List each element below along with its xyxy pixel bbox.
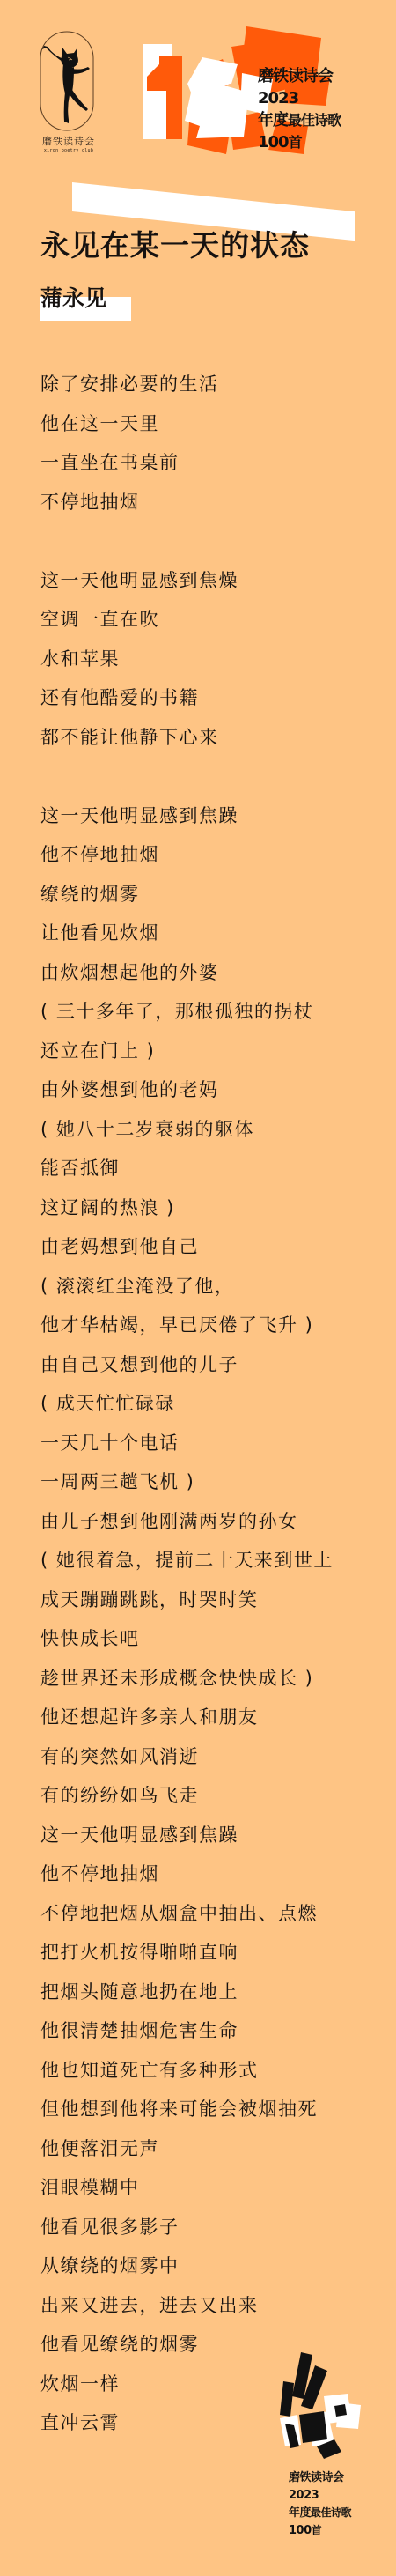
poem-line: 他不停地抽烟 xyxy=(40,835,375,875)
badge-count-number: 100 xyxy=(289,2524,312,2537)
poem-line: 从缭绕的烟雾中 xyxy=(40,2247,375,2286)
poem-line: 水和苹果 xyxy=(40,640,375,679)
poem-line: 缭绕的烟雾 xyxy=(40,875,375,914)
bottom-badge-text: 磨铁读诗会 2023 年度最佳诗歌 100首 xyxy=(289,2472,351,2543)
poem-line: 快快成长吧 xyxy=(40,1619,375,1659)
poem-line: 有的突然如风消逝 xyxy=(40,1737,375,1777)
bottom-badge: 磨铁读诗会 2023 年度最佳诗歌 100首 xyxy=(273,2348,378,2546)
badge-club-name: 磨铁读诗会 xyxy=(258,69,341,91)
badge-best-poems: 最佳诗歌 xyxy=(311,2506,351,2519)
poem-line: 由老妈想到他自己 xyxy=(40,1227,375,1267)
badge-club-name: 磨铁读诗会 xyxy=(289,2472,351,2490)
poem-line: 他不停地抽烟 xyxy=(40,1854,375,1894)
top-badge: 磨铁读诗会 2023 年度最佳诗歌 100首 xyxy=(136,22,361,163)
poem-line: 不停地抽烟 xyxy=(40,483,375,522)
poem-line: 他很清楚抽烟危害生命 xyxy=(40,2011,375,2051)
stanza-break xyxy=(40,522,375,561)
poem-line: ( 她八十二岁衰弱的躯体 xyxy=(40,1110,375,1150)
poem-line: 出来又进去，进去又出来 xyxy=(40,2286,375,2326)
poem-line: ( 三十多年了，那根孤独的拐杖 xyxy=(40,992,375,1032)
badge-year: 2023 xyxy=(258,91,341,113)
poem-line: 不停地把烟从烟盒中抽出、点燃 xyxy=(40,1894,375,1934)
100-collage-icon-black xyxy=(273,2348,378,2471)
poem-line: 一直坐在书桌前 xyxy=(40,443,375,483)
poem-line: 趁世界还未形成概念快快成长 ) xyxy=(40,1659,375,1699)
poem-line: 有的纷纷如鸟飞走 xyxy=(40,1776,375,1816)
poem-line: 泪眼模糊中 xyxy=(40,2168,375,2208)
badge-annual-best: 年度最佳诗歌 xyxy=(289,2507,351,2525)
poem-line: 但他想到他将来可能会被烟抽死 xyxy=(40,2090,375,2129)
badge-count-unit: 首 xyxy=(289,134,302,151)
poem-line: 这辽阔的热浪 ) xyxy=(40,1188,375,1228)
poem-line: 这一天他明显感到焦躁 xyxy=(40,1816,375,1855)
poem-line: 还有他酷爱的书籍 xyxy=(40,678,375,718)
badge-annual-best: 年度最佳诗歌 xyxy=(258,113,341,135)
poem-line: ( 滚滚红尘淹没了他， xyxy=(40,1267,375,1307)
poem-line: 由儿子想到他刚满两岁的孙女 xyxy=(40,1502,375,1542)
poem-line: 让他看见炊烟 xyxy=(40,914,375,953)
club-logo: 磨铁读诗会 xiron poetry club xyxy=(33,30,104,153)
poem-line: 他也知道死亡有多种形式 xyxy=(40,2051,375,2091)
poem-line: 把打火机按得啪啪直响 xyxy=(40,1933,375,1973)
poem-line: 空调一直在吹 xyxy=(40,600,375,640)
poem-line: 他还想起许多亲人和朋友 xyxy=(40,1698,375,1737)
badge-count: 100首 xyxy=(258,135,341,157)
club-name-en: xiron poetry club xyxy=(33,148,104,153)
dancing-cat-icon xyxy=(33,30,104,134)
poem-line: ( 她很着急，提前二十天来到世上 xyxy=(40,1541,375,1580)
badge-count: 100首 xyxy=(289,2525,351,2543)
poem-line: 由炊烟想起他的外婆 xyxy=(40,953,375,993)
badge-annual: 年度 xyxy=(258,111,288,130)
poem-line: 把烟头随意地扔在地上 xyxy=(40,1973,375,2012)
poem-line: 他便落泪无声 xyxy=(40,2129,375,2169)
poem-line: 还立在门上 ) xyxy=(40,1032,375,1071)
poem-line: 除了安排必要的生活 xyxy=(40,365,375,404)
poem-line: 由外婆想到他的老妈 xyxy=(40,1070,375,1110)
badge-year: 2023 xyxy=(289,2490,351,2507)
poem-title: 永见在某一天的状态 xyxy=(40,227,310,264)
poem-line: 能否抵御 xyxy=(40,1149,375,1188)
poem-line: ( 成天忙忙碌碌 xyxy=(40,1384,375,1424)
poem-author: 蒲永见 xyxy=(40,284,106,314)
top-badge-text: 磨铁读诗会 2023 年度最佳诗歌 100首 xyxy=(258,69,341,157)
poem-line: 成天蹦蹦跳跳，时哭时笑 xyxy=(40,1580,375,1620)
poem-line: 这一天他明显感到焦燥 xyxy=(40,561,375,601)
poem-line: 都不能让他静下心来 xyxy=(40,718,375,758)
poem-line: 一天几十个电话 xyxy=(40,1424,375,1463)
poem-line: 他在这一天里 xyxy=(40,404,375,444)
poem-line: 由自己又想到他的儿子 xyxy=(40,1345,375,1385)
badge-annual: 年度 xyxy=(289,2506,311,2520)
poem-line: 这一天他明显感到焦躁 xyxy=(40,796,375,836)
badge-count-unit: 首 xyxy=(312,2524,322,2536)
poem-line: 一周两三趟飞机 ) xyxy=(40,1462,375,1502)
club-name-cn: 磨铁读诗会 xyxy=(33,134,104,148)
badge-count-number: 100 xyxy=(258,133,289,152)
poem-line: 他看见很多影子 xyxy=(40,2208,375,2247)
poem-body: 除了安排必要的生活 他在这一天里 一直坐在书桌前 不停地抽烟 这一天他明显感到焦… xyxy=(40,365,375,2443)
badge-best-poems: 最佳诗歌 xyxy=(288,112,341,129)
stanza-break xyxy=(40,757,375,796)
poem-line: 他才华枯竭，早已厌倦了飞升 ) xyxy=(40,1306,375,1345)
